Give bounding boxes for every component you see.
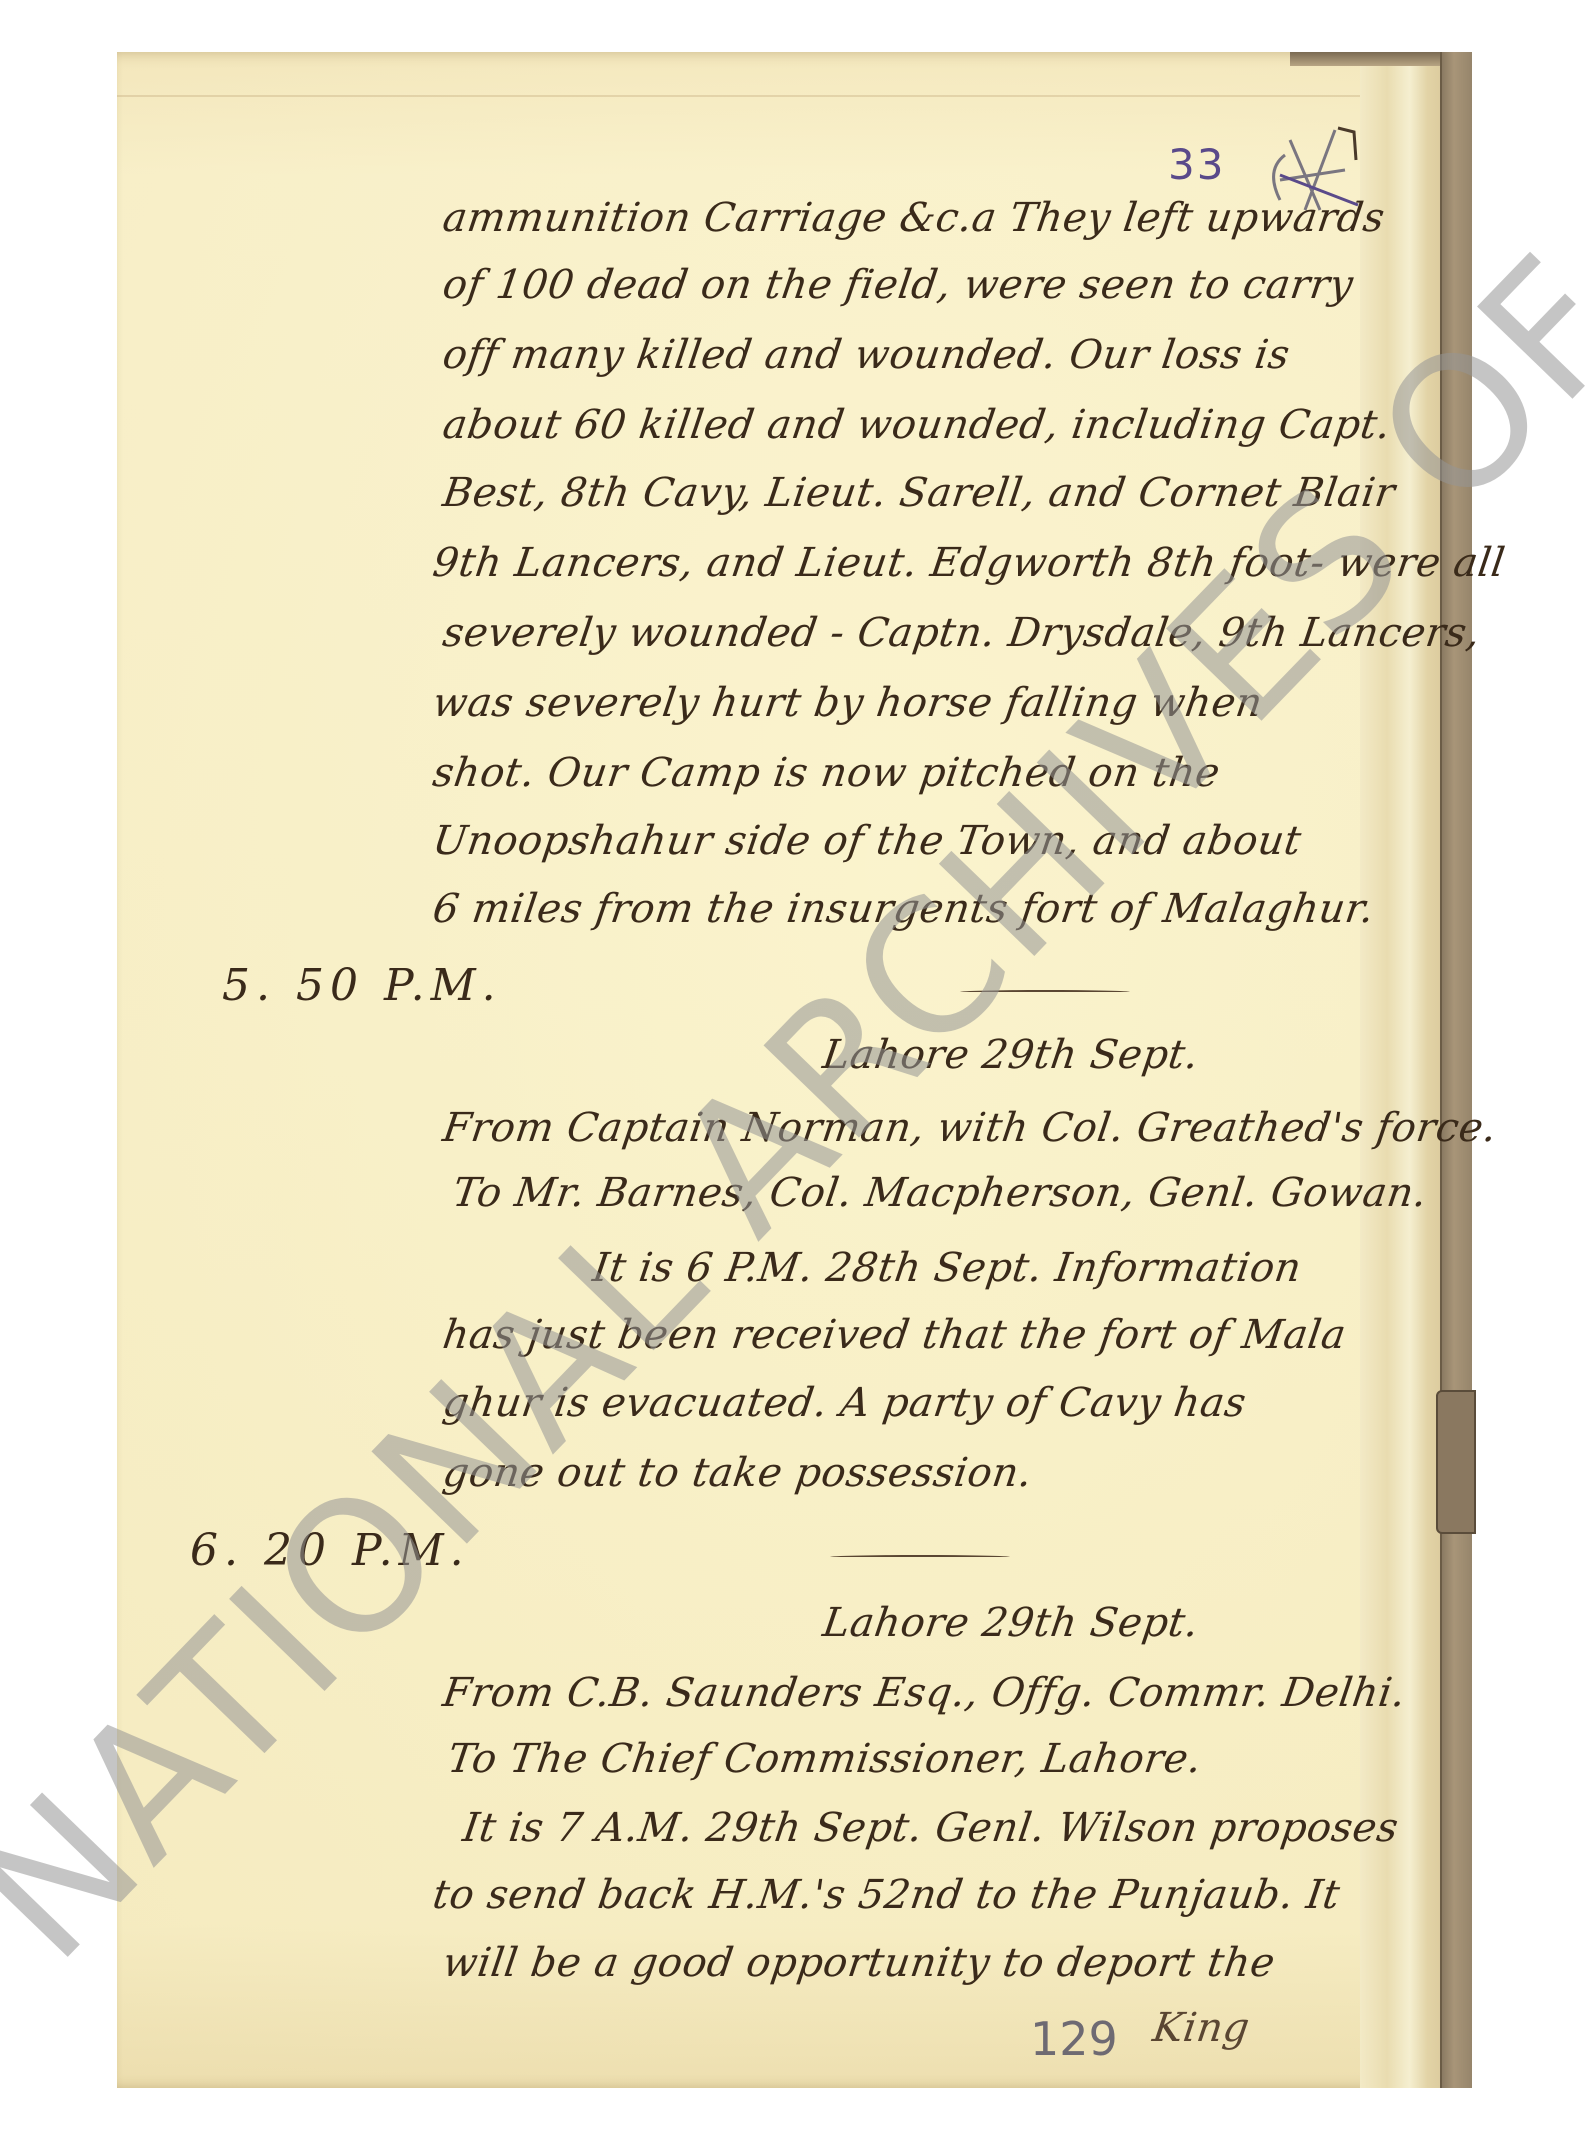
text-line: to send back H.M.'s 52nd to the Punjaub.… (430, 1872, 1343, 1918)
text-line: Best, 8th Cavy, Lieut. Sarell, and Corne… (440, 470, 1398, 516)
text-line: has just been received that the fort of … (440, 1312, 1349, 1358)
page-number-pencil: 129 (1030, 2012, 1118, 2066)
book-binding (1440, 52, 1472, 2088)
text-line: shot. Our Camp is now pitched on the (430, 750, 1223, 796)
divider-flourish (960, 990, 1130, 994)
from-line: From C.B. Saunders Esq., Offg. Commr. De… (440, 1670, 1409, 1716)
page-fold-line (117, 95, 1407, 97)
text-line: 6 miles from the insurgents fort of Mala… (430, 886, 1377, 932)
text-line: gone out to take possession. (440, 1450, 1035, 1496)
text-line: ammunition Carriage &c.a They left upwar… (440, 195, 1388, 241)
margin-time-1: 5. 50 P.M. (222, 960, 502, 1011)
divider-flourish (830, 1555, 1010, 1559)
text-line: of 100 dead on the field, were seen to c… (440, 262, 1356, 308)
to-line: To Mr. Barnes, Col. Macpherson, Genl. Go… (450, 1170, 1430, 1216)
binding-clasp (1436, 1390, 1476, 1534)
text-line: off many killed and wounded. Our loss is (440, 332, 1293, 378)
text-line: 9th Lancers, and Lieut. Edgworth 8th foo… (430, 540, 1508, 586)
catchword: King (1150, 2005, 1253, 2051)
from-line: From Captain Norman, with Col. Greathed'… (440, 1105, 1500, 1151)
to-line: To The Chief Commissioner, Lahore. (445, 1736, 1205, 1782)
text-line: It is 6 P.M. 28th Sept. Information (590, 1245, 1304, 1291)
text-line: It is 7 A.M. 29th Sept. Genl. Wilson pro… (460, 1805, 1401, 1851)
page-edge-stack (1360, 64, 1450, 2088)
text-line: ghur is evacuated. A party of Cavy has (440, 1380, 1249, 1426)
margin-time-2: 6. 20 P.M. (190, 1525, 470, 1576)
folio-number: 33 (1168, 140, 1225, 189)
place-date: Lahore 29th Sept. (820, 1032, 1202, 1078)
text-line: about 60 killed and wounded, including C… (440, 402, 1394, 448)
text-line: Unoopshahur side of the Town, and about (430, 818, 1304, 864)
text-line: was severely hurt by horse falling when (430, 680, 1265, 726)
text-line: will be a good opportunity to deport the (440, 1940, 1278, 1986)
text-line: severely wounded - Captn. Drysdale, 9th … (440, 610, 1483, 656)
place-date: Lahore 29th Sept. (820, 1600, 1202, 1646)
